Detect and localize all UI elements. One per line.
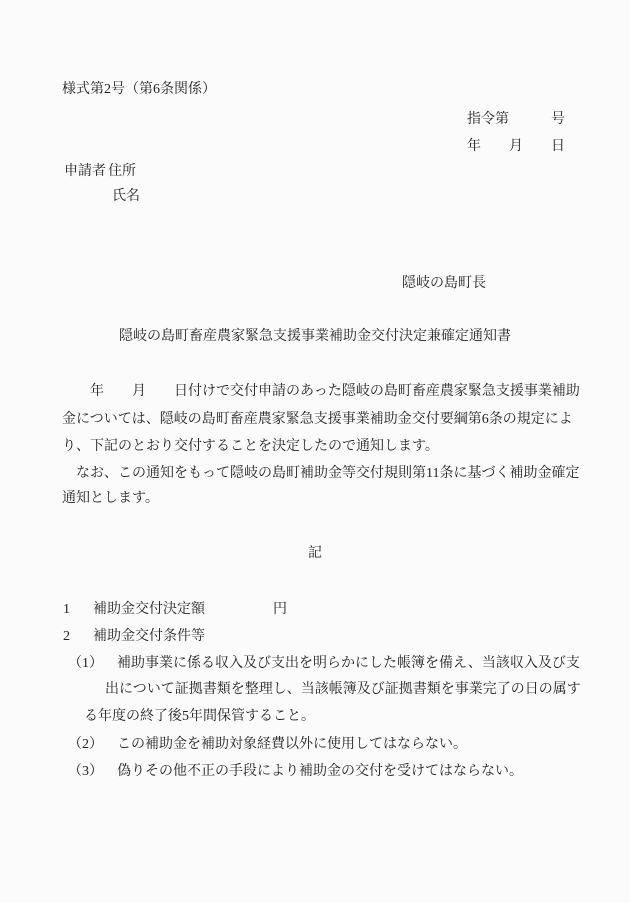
item-1-unit-label: 円: [273, 600, 287, 620]
applicant-address-line: 申請者 住所: [0, 162, 630, 182]
document-title: 隠岐の島町畜産農家緊急支援事業補助金交付決定兼確定通知書: [0, 327, 630, 347]
condition-3-line: （3） 偽りその他不正の手段により補助金の交付を受けてはならない。: [0, 762, 630, 782]
document-page: 様式第2号（第6条関係） 指令第 号 年 月 日 申請者 住所 氏名 隠岐の島町…: [0, 0, 630, 903]
condition-1-text-2: 出について証拠書類を整理し、当該帳簿及び証拠書類を事業完了の日の属す: [105, 680, 581, 700]
item-grant-conditions-line: 2 補助金交付条件等: [0, 627, 630, 647]
item-2-number: 2: [63, 627, 70, 647]
applicant-address-label: 住所: [108, 162, 136, 182]
body-paragraph-line-4: なお、この通知をもって隠岐の島町補助金等交付規則第11条に基づく補助金確定: [0, 464, 630, 484]
condition-3-number: （3）: [68, 762, 103, 782]
condition-1-line-1: （1） 補助事業に係る収入及び支出を明らかにした帳簿を備え、当該収入及び支: [0, 654, 630, 674]
form-number-label: 様式第2号（第6条関係）: [0, 80, 630, 100]
body-paragraph-line-5: 通知とします。: [0, 489, 630, 509]
applicant-label: 申請者: [64, 162, 106, 182]
condition-1-text-3: る年度の終了後5年間保管すること。: [84, 707, 315, 727]
ki-separator-label: 記: [0, 544, 630, 564]
condition-1-line-2: 出について証拠書類を整理し、当該帳簿及び証拠書類を事業完了の日の属す: [0, 680, 630, 700]
applicant-name-label: 氏名: [112, 187, 140, 207]
directive-number-line: 指令第 号: [0, 110, 630, 130]
body-paragraph-line-3: り、下記のとおり交付することを決定したので通知します。: [0, 437, 630, 457]
condition-2-text: この補助金を補助対象経費以外に使用してはならない。: [117, 735, 467, 755]
item-1-number: 1: [63, 600, 70, 620]
addressee-line: 隠岐の島町長: [0, 274, 630, 294]
condition-1-line-3: る年度の終了後5年間保管すること。: [0, 707, 630, 727]
body-paragraph-line-2: 金については、隠岐の島町畜産農家緊急支援事業補助金交付要綱第6条の規定によ: [0, 410, 630, 430]
addressee-name: 隠岐の島町長: [402, 274, 486, 294]
condition-1-number: （1）: [68, 654, 103, 674]
condition-1-text-1: 補助事業に係る収入及び支出を明らかにした帳簿を備え、当該収入及び支: [117, 654, 580, 674]
body-paragraph-line-1: 年 月 日付けで交付申請のあった隠岐の島町畜産農家緊急支援事業補助: [0, 382, 630, 402]
item-1-label: 補助金交付決定額: [93, 600, 205, 620]
condition-2-line: （2） この補助金を補助対象経費以外に使用してはならない。: [0, 735, 630, 755]
item-grant-amount-line: 1 補助金交付決定額 円: [0, 600, 630, 620]
condition-2-number: （2）: [68, 735, 103, 755]
applicant-name-line: 氏名: [0, 187, 630, 207]
issue-date-line: 年 月 日: [0, 137, 630, 157]
condition-3-text: 偽りその他不正の手段により補助金の交付を受けてはならない。: [117, 762, 523, 782]
item-2-label: 補助金交付条件等: [93, 627, 205, 647]
